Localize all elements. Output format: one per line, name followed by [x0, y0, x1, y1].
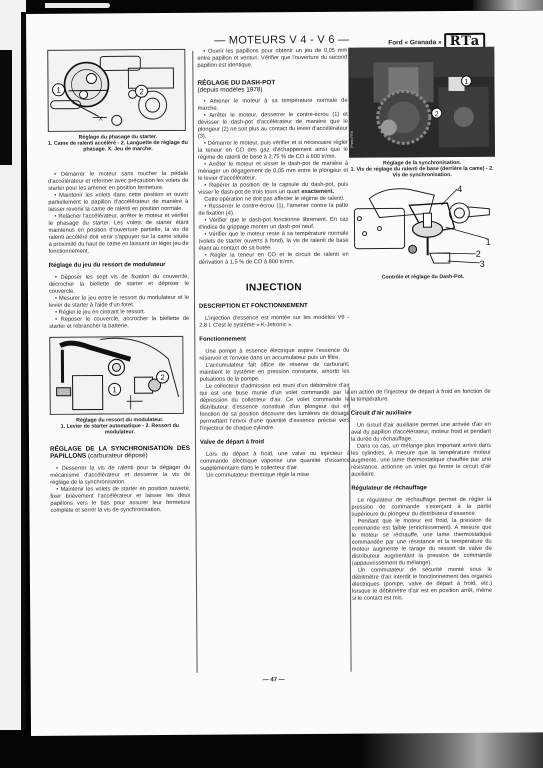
section-heading-synchronisation: RÉGLAGE DE LA SYNCHRONISATION DES PAPILL…	[50, 445, 190, 460]
paragraph: Desserrer la vis de ralenti pour la déga…	[50, 464, 190, 486]
page-header-title: — MOTEURS V 4 - V 6 —	[214, 34, 349, 47]
svg-text:1: 1	[465, 79, 469, 86]
figure-caption: Réglage de la synchronisation. 1. Vis de…	[349, 160, 495, 180]
caption-legend: 1. Vis de réglage du ralenti de base (de…	[351, 166, 494, 179]
svg-text:2: 2	[160, 373, 165, 382]
paragraph: Maintenir les volets de starter en posit…	[50, 485, 190, 514]
column-2: Ouvrir les papillons pour obtenir un jeu…	[197, 48, 350, 480]
column-1: 1 2 X Réglage du phasage du starter. 1. …	[47, 49, 190, 515]
paragraph: Un commutateur thermique règle la mise	[200, 472, 350, 480]
paragraph: Arrêter le moteur et visser le dash-pot …	[198, 161, 348, 183]
scan-border-top-right	[473, 0, 543, 10]
caption-title: Contrôle et réglage du Dash-Pot.	[350, 273, 496, 280]
caption-legend: 1. Came de ralenti accéléré - 2. Languet…	[48, 140, 188, 153]
section-heading-fonctionnement: Fonctionnement	[199, 336, 349, 344]
column-3: 1 2 Photo RTA Réglage de la synchronisat…	[348, 47, 496, 281]
engine-photo-icon: 1 2 Photo RTA	[348, 47, 495, 158]
section-heading-injection: INJECTION	[199, 284, 349, 292]
paragraph: Ouvrir les papillons pour obtenir un jeu…	[197, 48, 347, 70]
paragraph: Régler la teneur en CO et le circuit de …	[199, 252, 349, 267]
page-number: — 47 —	[263, 677, 285, 683]
figure-caption: Contrôle et réglage du Dash-Pot.	[350, 273, 496, 280]
carburetor-diagram-icon: 1 2 X	[48, 50, 186, 132]
paragraph: Arrêter le moteur, desserrer le contre-é…	[198, 112, 348, 141]
paragraph: Relâcher l'accélérateur, arrêter le mote…	[48, 212, 188, 255]
svg-text:2: 2	[435, 111, 439, 118]
svg-text:2: 2	[139, 87, 144, 96]
figure-phasage-starter: 1 2 X	[47, 49, 186, 132]
paragraph: Le régulateur de réchauffage permet de r…	[351, 497, 491, 519]
svg-text:4: 4	[457, 184, 462, 194]
magazine-page: — MOTEURS V 4 - V 6 — Ford « Granada » R…	[26, 10, 543, 736]
svg-text:Photo RTA: Photo RTA	[350, 130, 354, 147]
scan-shadow-left	[0, 50, 12, 165]
paragraph: Démarrer le moteur sans toucher la pédal…	[48, 170, 188, 192]
paragraph: Un circuit d'air auxiliaire permet une a…	[351, 422, 491, 444]
paragraph: Le collecteur d'admission est muni d'un …	[200, 383, 350, 433]
paragraph: Lors du départ à froid, une valve ou inj…	[200, 451, 350, 473]
figure-ressort-modulateur: 1 2	[49, 336, 184, 415]
paragraph: Mesurer le jeu entre le ressort du modul…	[49, 294, 189, 309]
paragraph: L'accumulateur fait office de réserve de…	[199, 362, 349, 384]
scan-glare	[45, 3, 110, 8]
column-3-lower: en action de l'injecteur de départ à fro…	[351, 389, 492, 603]
section-heading-regulateur: Régulateur de réchauffage	[351, 485, 491, 493]
figure-caption: Réglage du phasage du starter. 1. Came d…	[48, 134, 188, 154]
paragraph: Amener le moteur à sa température normal…	[198, 98, 348, 113]
header-brand-text: Ford « Granada »	[388, 39, 442, 46]
paragraph: Vérifier que le dash-pot fonctionne libr…	[198, 217, 348, 232]
page-edge-left	[21, 12, 26, 752]
section-heading-modulateur: Réglage du jeu du ressort de modulateur	[49, 261, 189, 269]
paragraph: L'injection d'essence est montée sur les…	[199, 315, 349, 330]
paragraph: Un commutateur de sécurité monté sous le…	[352, 567, 492, 603]
paragraph: en action de l'injecteur de départ à fro…	[351, 389, 491, 404]
section-heading-description: DESCRIPTION ET FONCTIONNEMENT	[199, 303, 349, 311]
paragraph: Pendant que le moteur est froid, la pres…	[352, 518, 492, 568]
svg-text:1: 1	[486, 236, 491, 246]
figure-synchronisation-photo: 1 2 Photo RTA	[348, 47, 495, 158]
modulator-spring-diagram-icon: 1 2	[50, 337, 184, 415]
svg-text:2: 2	[476, 248, 481, 258]
paragraph: Resserrer le contre-écrou (1), l'amener …	[198, 203, 348, 218]
svg-text:3: 3	[480, 258, 485, 268]
svg-text:1: 1	[56, 86, 61, 95]
paragraph: Reposer le couvercle, accrocher la biell…	[49, 315, 189, 330]
column-divider	[192, 51, 197, 673]
paragraph: Démarrer le moteur, puis vérifier et si …	[198, 140, 348, 162]
paragraph: Repérer la position de la capsule du das…	[198, 182, 348, 197]
section-heading-valve: Valve de départ à froid	[200, 439, 350, 447]
paragraph: Vérifier que le moteur reste à sa tempér…	[199, 231, 349, 253]
paragraph: Dans ce cas, un mélange plus important a…	[351, 443, 491, 479]
dashpot-diagram-icon: 4 1 2 3	[349, 182, 496, 271]
section-heading-dashpot: RÉGLAGE DU DASH-POT (depuis modèles 1978…	[197, 79, 347, 94]
caption-legend: 1. Levier de starter automatique - 2. Re…	[61, 423, 179, 436]
paragraph: Maintenir les volets dans cette position…	[48, 191, 188, 213]
section-heading-circuit-air: Circuit d'air auxiliaire	[351, 410, 491, 418]
figure-dashpot: 4 1 2 3	[349, 182, 496, 271]
paragraph: Déposer les sept vis de fixation du couv…	[49, 273, 189, 295]
svg-text:1: 1	[112, 385, 117, 394]
figure-caption: Réglage du ressort du modulateur. 1. Lev…	[50, 416, 190, 436]
scan-glare-bottom	[360, 730, 543, 768]
paragraph: Une pompe à essence électrique aspire l'…	[199, 348, 349, 363]
